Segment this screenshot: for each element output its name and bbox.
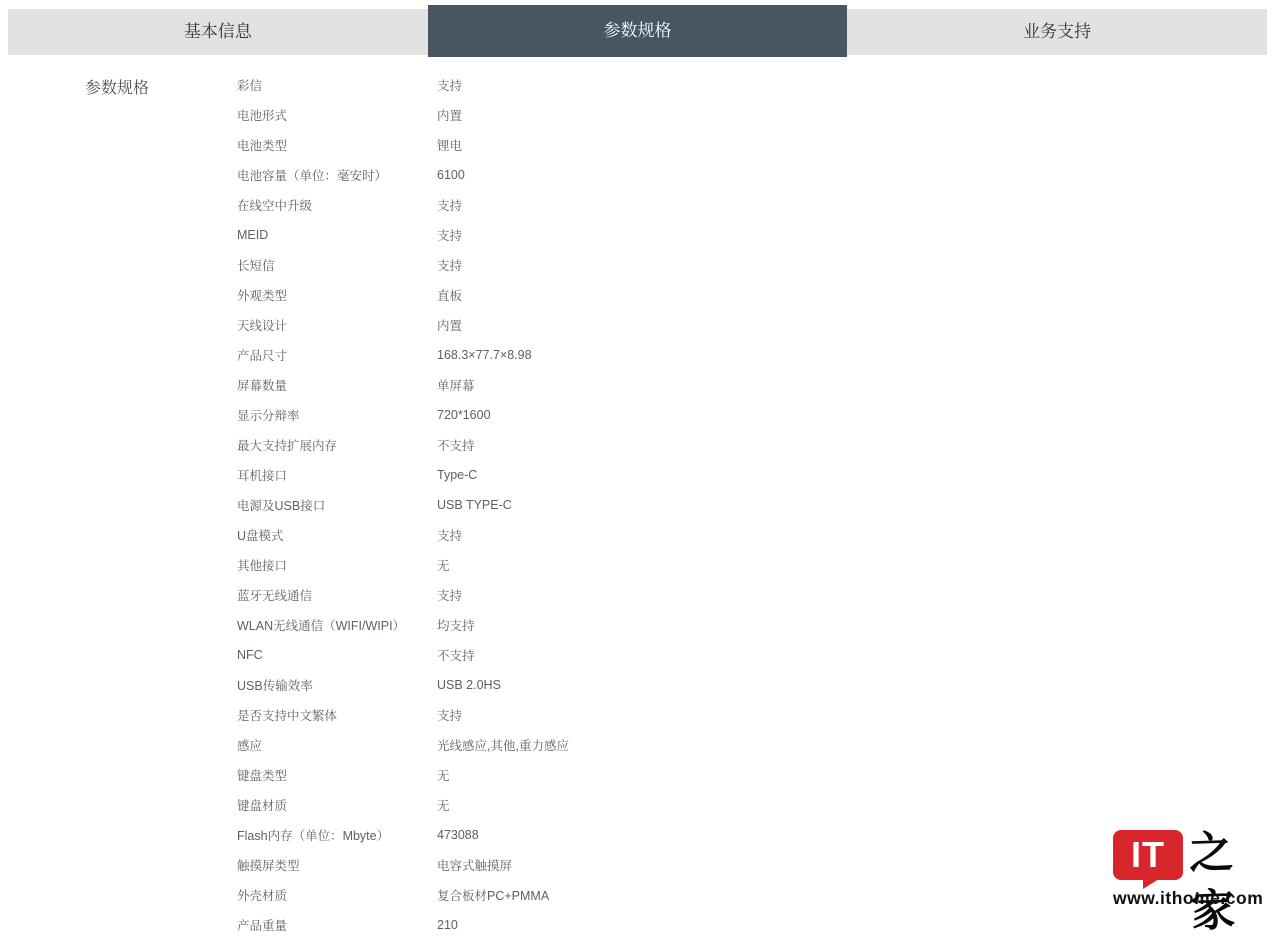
- spec-row: 屏幕数量 单屏幕: [237, 370, 1037, 400]
- spec-table: 彩信 支持 电池形式 内置 电池类型 锂电 电池容量（单位：毫安时） 6100 …: [237, 70, 1037, 937]
- spec-row: MEID 支持: [237, 220, 1037, 250]
- spec-value: 均支持: [437, 616, 475, 634]
- spec-label: 触摸屏类型: [237, 856, 437, 874]
- spec-value: 支持: [437, 196, 462, 214]
- spec-label: Flash内存（单位：Mbyte）: [237, 826, 437, 844]
- ithome-logo-it-text: IT: [1131, 834, 1165, 876]
- spec-value: 内置: [437, 316, 462, 334]
- spec-label: 电池形式: [237, 106, 437, 124]
- spec-value: 支持: [437, 526, 462, 544]
- tab-label: 基本信息: [184, 22, 252, 41]
- spec-label: 显示分辩率: [237, 406, 437, 424]
- spec-value: 无: [437, 766, 450, 784]
- spec-value: 支持: [437, 76, 462, 94]
- tab-service-support[interactable]: 业务支持: [847, 9, 1267, 55]
- spec-row: 显示分辩率 720*1600: [237, 400, 1037, 430]
- spec-row: 电源及USB接口 USB TYPE-C: [237, 490, 1037, 520]
- spec-row: 外壳材质 复合板材PC+PMMA: [237, 880, 1037, 910]
- spec-row: 彩信 支持: [237, 70, 1037, 100]
- spec-label: 耳机接口: [237, 466, 437, 484]
- spec-label: 其他接口: [237, 556, 437, 574]
- spec-value: 锂电: [437, 136, 462, 154]
- spec-value: 支持: [437, 226, 462, 244]
- spec-row: 长短信 支持: [237, 250, 1037, 280]
- spec-row: WLAN无线通信（WIFI/WIPI） 均支持: [237, 610, 1037, 640]
- spec-row: 触摸屏类型 电容式触摸屏: [237, 850, 1037, 880]
- spec-value: Type-C: [437, 468, 477, 482]
- spec-row: 感应 光线感应,其他,重力感应: [237, 730, 1037, 760]
- spec-row: 蓝牙无线通信 支持: [237, 580, 1037, 610]
- spec-label: 产品尺寸: [237, 346, 437, 364]
- spec-row: USB传输效率 USB 2.0HS: [237, 670, 1037, 700]
- spec-label: 天线设计: [237, 316, 437, 334]
- spec-row: 电池形式 内置: [237, 100, 1037, 130]
- spec-row: 键盘材质 无: [237, 790, 1037, 820]
- spec-value: 无: [437, 796, 450, 814]
- spec-row: 天线设计 内置: [237, 310, 1037, 340]
- spec-label: 电源及USB接口: [237, 496, 437, 514]
- spec-row: U盘模式 支持: [237, 520, 1037, 550]
- ithome-watermark: IT 之家 www.ithome.com: [1105, 824, 1265, 920]
- ithome-logo-icon: IT: [1113, 830, 1183, 880]
- spec-label: 屏幕数量: [237, 376, 437, 394]
- tab-label: 业务支持: [1023, 22, 1091, 41]
- spec-row: 耳机接口 Type-C: [237, 460, 1037, 490]
- spec-label: MEID: [237, 228, 437, 242]
- spec-row: 外观类型 直板: [237, 280, 1037, 310]
- spec-row: 其他接口 无: [237, 550, 1037, 580]
- spec-label: 键盘材质: [237, 796, 437, 814]
- spec-label: 蓝牙无线通信: [237, 586, 437, 604]
- tab-specifications[interactable]: 参数规格: [428, 5, 848, 57]
- spec-value: 210: [437, 918, 458, 932]
- spec-value: 473088: [437, 828, 479, 842]
- spec-row: 键盘类型 无: [237, 760, 1037, 790]
- spec-label: 最大支持扩展内存: [237, 436, 437, 454]
- spec-label: 键盘类型: [237, 766, 437, 784]
- spec-label: 电池容量（单位：毫安时）: [237, 166, 437, 184]
- spec-row: 电池类型 锂电: [237, 130, 1037, 160]
- spec-value: 内置: [437, 106, 462, 124]
- spec-label: 彩信: [237, 76, 437, 94]
- spec-value: 光线感应,其他,重力感应: [437, 736, 569, 754]
- spec-label: 外壳材质: [237, 886, 437, 904]
- spec-value: 168.3×77.7×8.98: [437, 348, 532, 362]
- spec-value: 720*1600: [437, 408, 491, 422]
- spec-label: U盘模式: [237, 526, 437, 544]
- spec-label: USB传输效率: [237, 676, 437, 694]
- spec-value: 无: [437, 556, 450, 574]
- spec-label: 产品重量: [237, 916, 437, 934]
- spec-page: 基本信息 参数规格 业务支持 参数规格 彩信 支持 电池形式 内置 电池类型 锂…: [0, 0, 1275, 937]
- spec-value: 支持: [437, 706, 462, 724]
- spec-row: Flash内存（单位：Mbyte） 473088: [237, 820, 1037, 850]
- tab-basic-info[interactable]: 基本信息: [8, 9, 428, 55]
- tab-bar: 基本信息 参数规格 业务支持: [8, 9, 1267, 55]
- spec-value: 复合板材PC+PMMA: [437, 886, 549, 904]
- spec-value: 支持: [437, 586, 462, 604]
- tab-label: 参数规格: [604, 21, 672, 40]
- spec-row: 产品尺寸 168.3×77.7×8.98: [237, 340, 1037, 370]
- spec-value: USB TYPE-C: [437, 498, 512, 512]
- spec-value: 单屏幕: [437, 376, 475, 394]
- spec-row: NFC 不支持: [237, 640, 1037, 670]
- spec-label: WLAN无线通信（WIFI/WIPI）: [237, 616, 437, 634]
- spec-row: 最大支持扩展内存 不支持: [237, 430, 1037, 460]
- ithome-logo-zhijia-text: 之家: [1188, 823, 1266, 888]
- spec-value: 不支持: [437, 646, 475, 664]
- spec-value: 电容式触摸屏: [437, 856, 512, 874]
- spec-label: 在线空中升级: [237, 196, 437, 214]
- spec-label: 是否支持中文繁体: [237, 706, 437, 724]
- spec-label: 感应: [237, 736, 437, 754]
- spec-row: 电池容量（单位：毫安时） 6100: [237, 160, 1037, 190]
- spec-label: NFC: [237, 648, 437, 662]
- spec-label: 外观类型: [237, 286, 437, 304]
- spec-row: 产品重量 210: [237, 910, 1037, 937]
- spec-label: 长短信: [237, 256, 437, 274]
- ithome-url: www.ithome.com: [1113, 888, 1263, 909]
- spec-value: 不支持: [437, 436, 475, 454]
- spec-value: 直板: [437, 286, 462, 304]
- spec-value: 6100: [437, 168, 465, 182]
- section-title: 参数规格: [85, 75, 149, 98]
- spec-label: 电池类型: [237, 136, 437, 154]
- spec-value: 支持: [437, 256, 462, 274]
- spec-value: USB 2.0HS: [437, 678, 501, 692]
- spec-row: 在线空中升级 支持: [237, 190, 1037, 220]
- spec-row: 是否支持中文繁体 支持: [237, 700, 1037, 730]
